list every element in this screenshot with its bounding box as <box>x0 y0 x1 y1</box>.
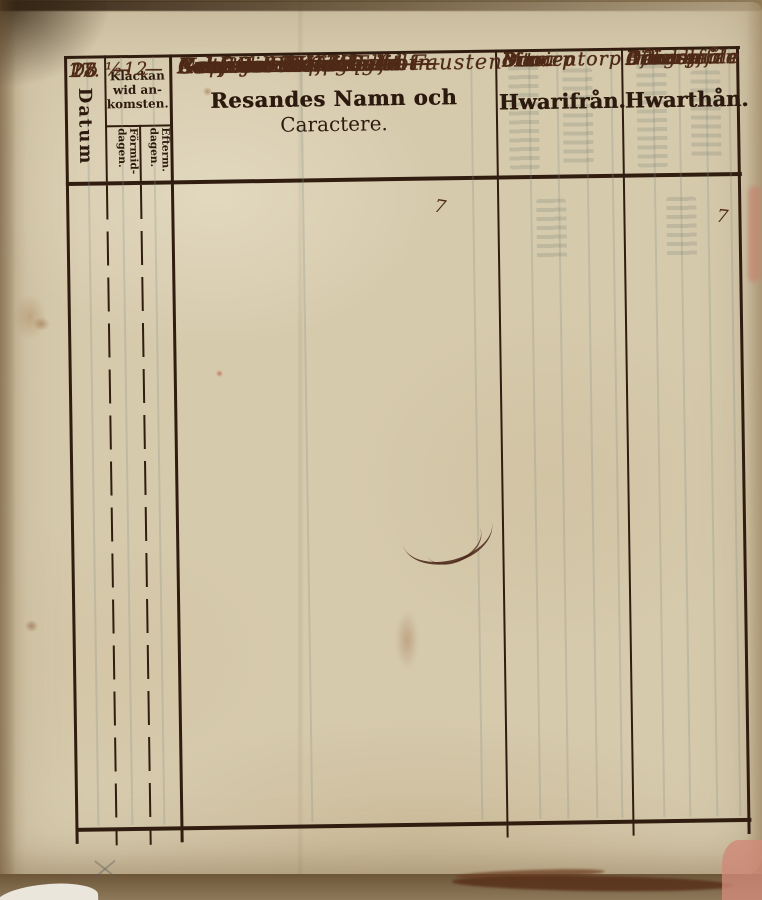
time-subcolumn-divider-body <box>140 185 152 845</box>
traveller-name-cell: Gvarnodshöfdingen Fausten <box>178 49 503 78</box>
bleed-through-line <box>705 48 718 816</box>
date-cell: 28 <box>66 59 102 82</box>
header-name-antiqua: Caractere. <box>280 111 388 137</box>
to-column-divider <box>621 48 635 836</box>
pink-page-corner <box>722 840 762 900</box>
pen-flourish: 7 <box>715 206 729 228</box>
stain <box>25 620 38 632</box>
column-header-forenoon: Förmid- dagen. <box>108 128 139 180</box>
column-header-datum: Datum <box>66 83 103 170</box>
bleed-through-line <box>86 58 99 826</box>
ledger-table: Datum Klåckan wid an­komsten. Förmid- da… <box>64 46 752 848</box>
column-header-name: Resandes Namn och Caractere. <box>172 84 495 139</box>
bleed-through-text <box>536 199 567 259</box>
bleed-through-line <box>610 50 623 818</box>
left-edge-shadow <box>0 0 16 876</box>
bleed-through-line <box>470 52 483 820</box>
table-bottom-border <box>75 818 751 832</box>
column-header-afternoon: Efterm. dagen. <box>142 127 171 179</box>
stain <box>33 317 50 331</box>
bleed-through-text <box>666 197 697 257</box>
bleed-through-text <box>690 70 721 160</box>
torn-top-edge <box>0 0 762 11</box>
column-header-to: Hwarthån. <box>625 86 737 113</box>
pink-smudge-right-edge <box>748 186 760 282</box>
datum-column-divider-body <box>106 185 118 845</box>
scanned-ledger-page: Datum Klåckan wid an­komsten. Förmid- da… <box>0 0 762 900</box>
bleed-through-line <box>585 50 598 818</box>
bleed-through-line <box>678 49 691 817</box>
bleed-through-line <box>300 54 313 822</box>
to-place-cell: Brändmåle <box>626 46 741 70</box>
name-column-divider <box>169 54 184 842</box>
from-place-cell: Bona <box>502 49 555 72</box>
bleed-through-line <box>556 51 569 819</box>
column-header-from: Hwarifrån. <box>499 88 621 115</box>
pen-flourish: 7 <box>433 196 448 219</box>
from-column-divider <box>495 50 509 838</box>
